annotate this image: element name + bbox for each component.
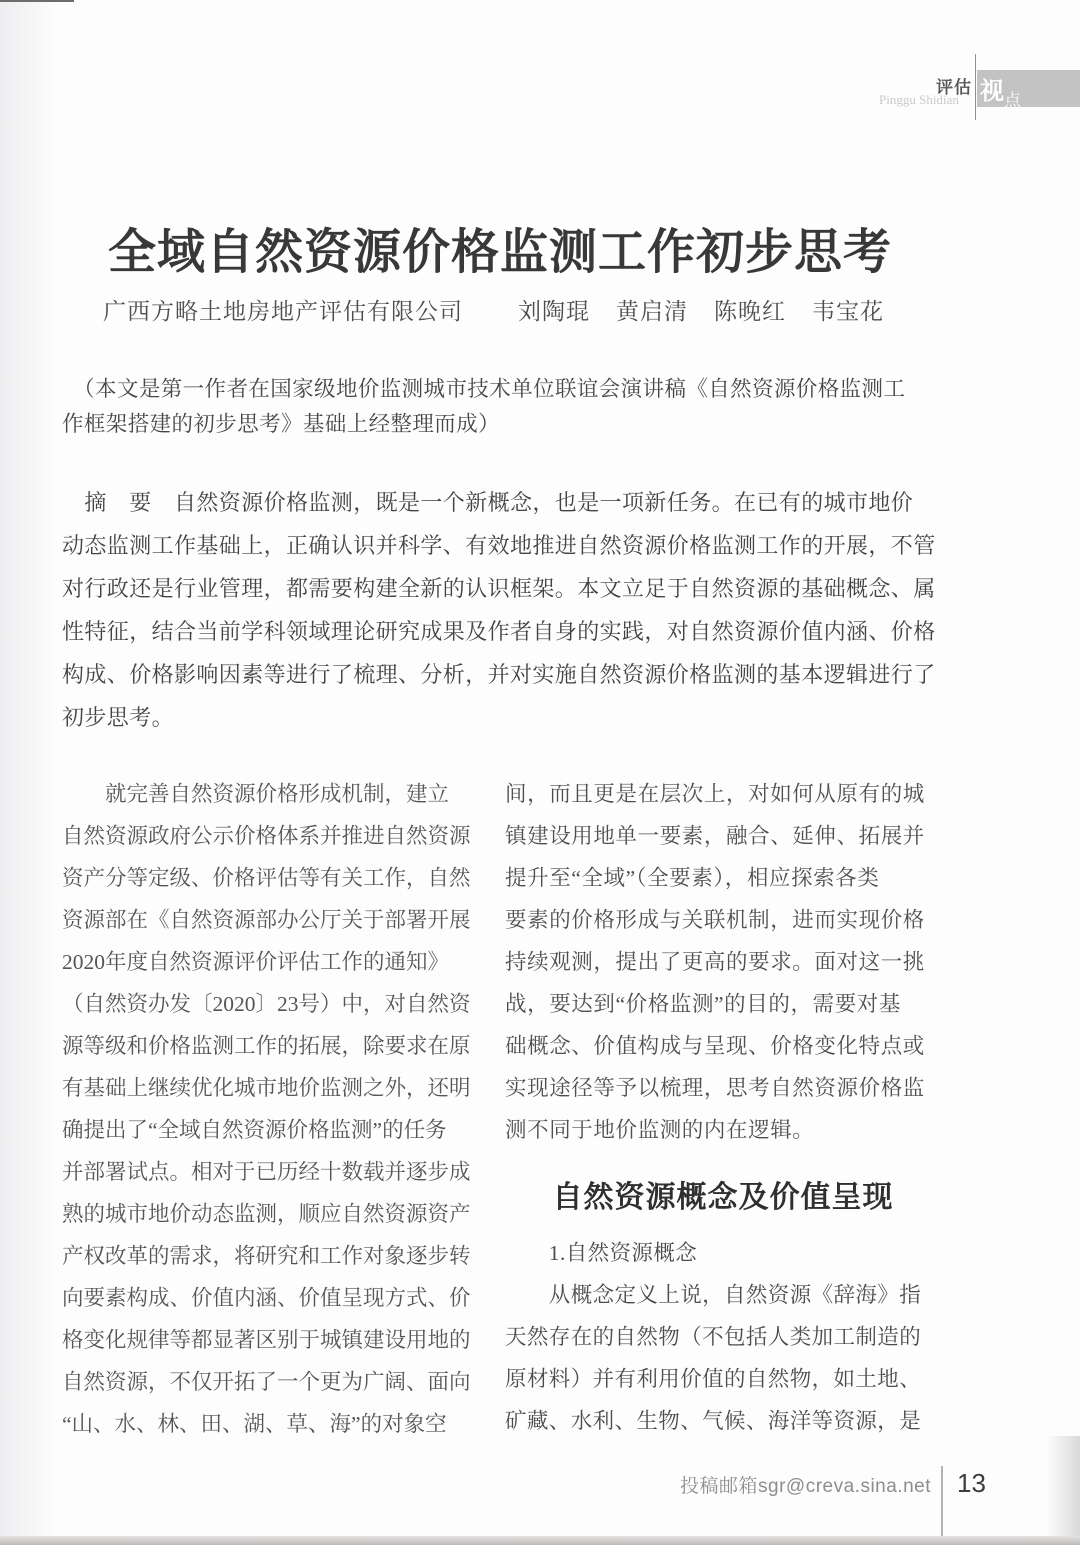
masthead-banner: 视 点	[977, 70, 1080, 107]
bottom-edge-scan-band	[0, 1536, 1080, 1545]
section-heading: 自然资源概念及价值呈现	[505, 1177, 941, 1219]
author-name: 韦宝花	[812, 293, 884, 326]
body-column-right: 间，而且更是在层次上，对如何从原有的城 镇建设用地单一要素，融合、延伸、拓展并 …	[505, 773, 941, 1442]
page-number: 13	[957, 1468, 986, 1499]
top-edge-scan-line	[0, 0, 74, 2]
editorial-note: （本文是第一作者在国家级地价监测城市技术单位联谊会演讲稿《自然资源价格监测工 作…	[62, 372, 942, 442]
article-title: 全域自然资源价格监测工作初步思考	[62, 213, 938, 282]
banner-char-dian: 点	[1004, 86, 1021, 111]
footer-divider	[941, 1466, 943, 1545]
author-name: 黄启清	[616, 293, 688, 326]
body-paragraph: 间，而且更是在层次上，对如何从原有的城 镇建设用地单一要素，融合、延伸、拓展并 …	[505, 773, 941, 1151]
subsection-paragraph: 1.自然资源概念 从概念定义上说，自然资源《辞海》指 天然存在的自然物（不包括人…	[505, 1232, 941, 1442]
magazine-page: 评估 Pinggu Shidian 视 点 全域自然资源价格监测工作初步思考 广…	[0, 0, 1080, 1545]
body-column-left: 就完善自然资源价格形成机制，建立 自然资源政府公示价格体系并推进自然资源 资产分…	[62, 773, 478, 1445]
author-name: 刘陶琨	[518, 293, 590, 326]
banner-char-shi: 视	[980, 71, 1004, 106]
company-name: 广西方略土地房地产评估有限公司	[103, 293, 463, 326]
abstract-paragraph: 摘 要 自然资源价格监测，既是一个新概念，也是一项新任务。在已有的城市地价 动态…	[62, 481, 942, 739]
masthead-divider	[975, 54, 976, 120]
left-edge-scan-shade	[0, 0, 58, 1545]
author-name: 陈晚红	[714, 293, 786, 326]
submission-email-label: 投稿邮箱sgr@creva.sina.net	[505, 1471, 931, 1498]
byline: 广西方略土地房地产评估有限公司 刘陶琨 黄启清 陈晚红 韦宝花	[62, 293, 938, 326]
journal-pinyin-label: Pinggu Shidian	[879, 92, 959, 108]
bottom-right-scan-shade	[1046, 1436, 1080, 1536]
